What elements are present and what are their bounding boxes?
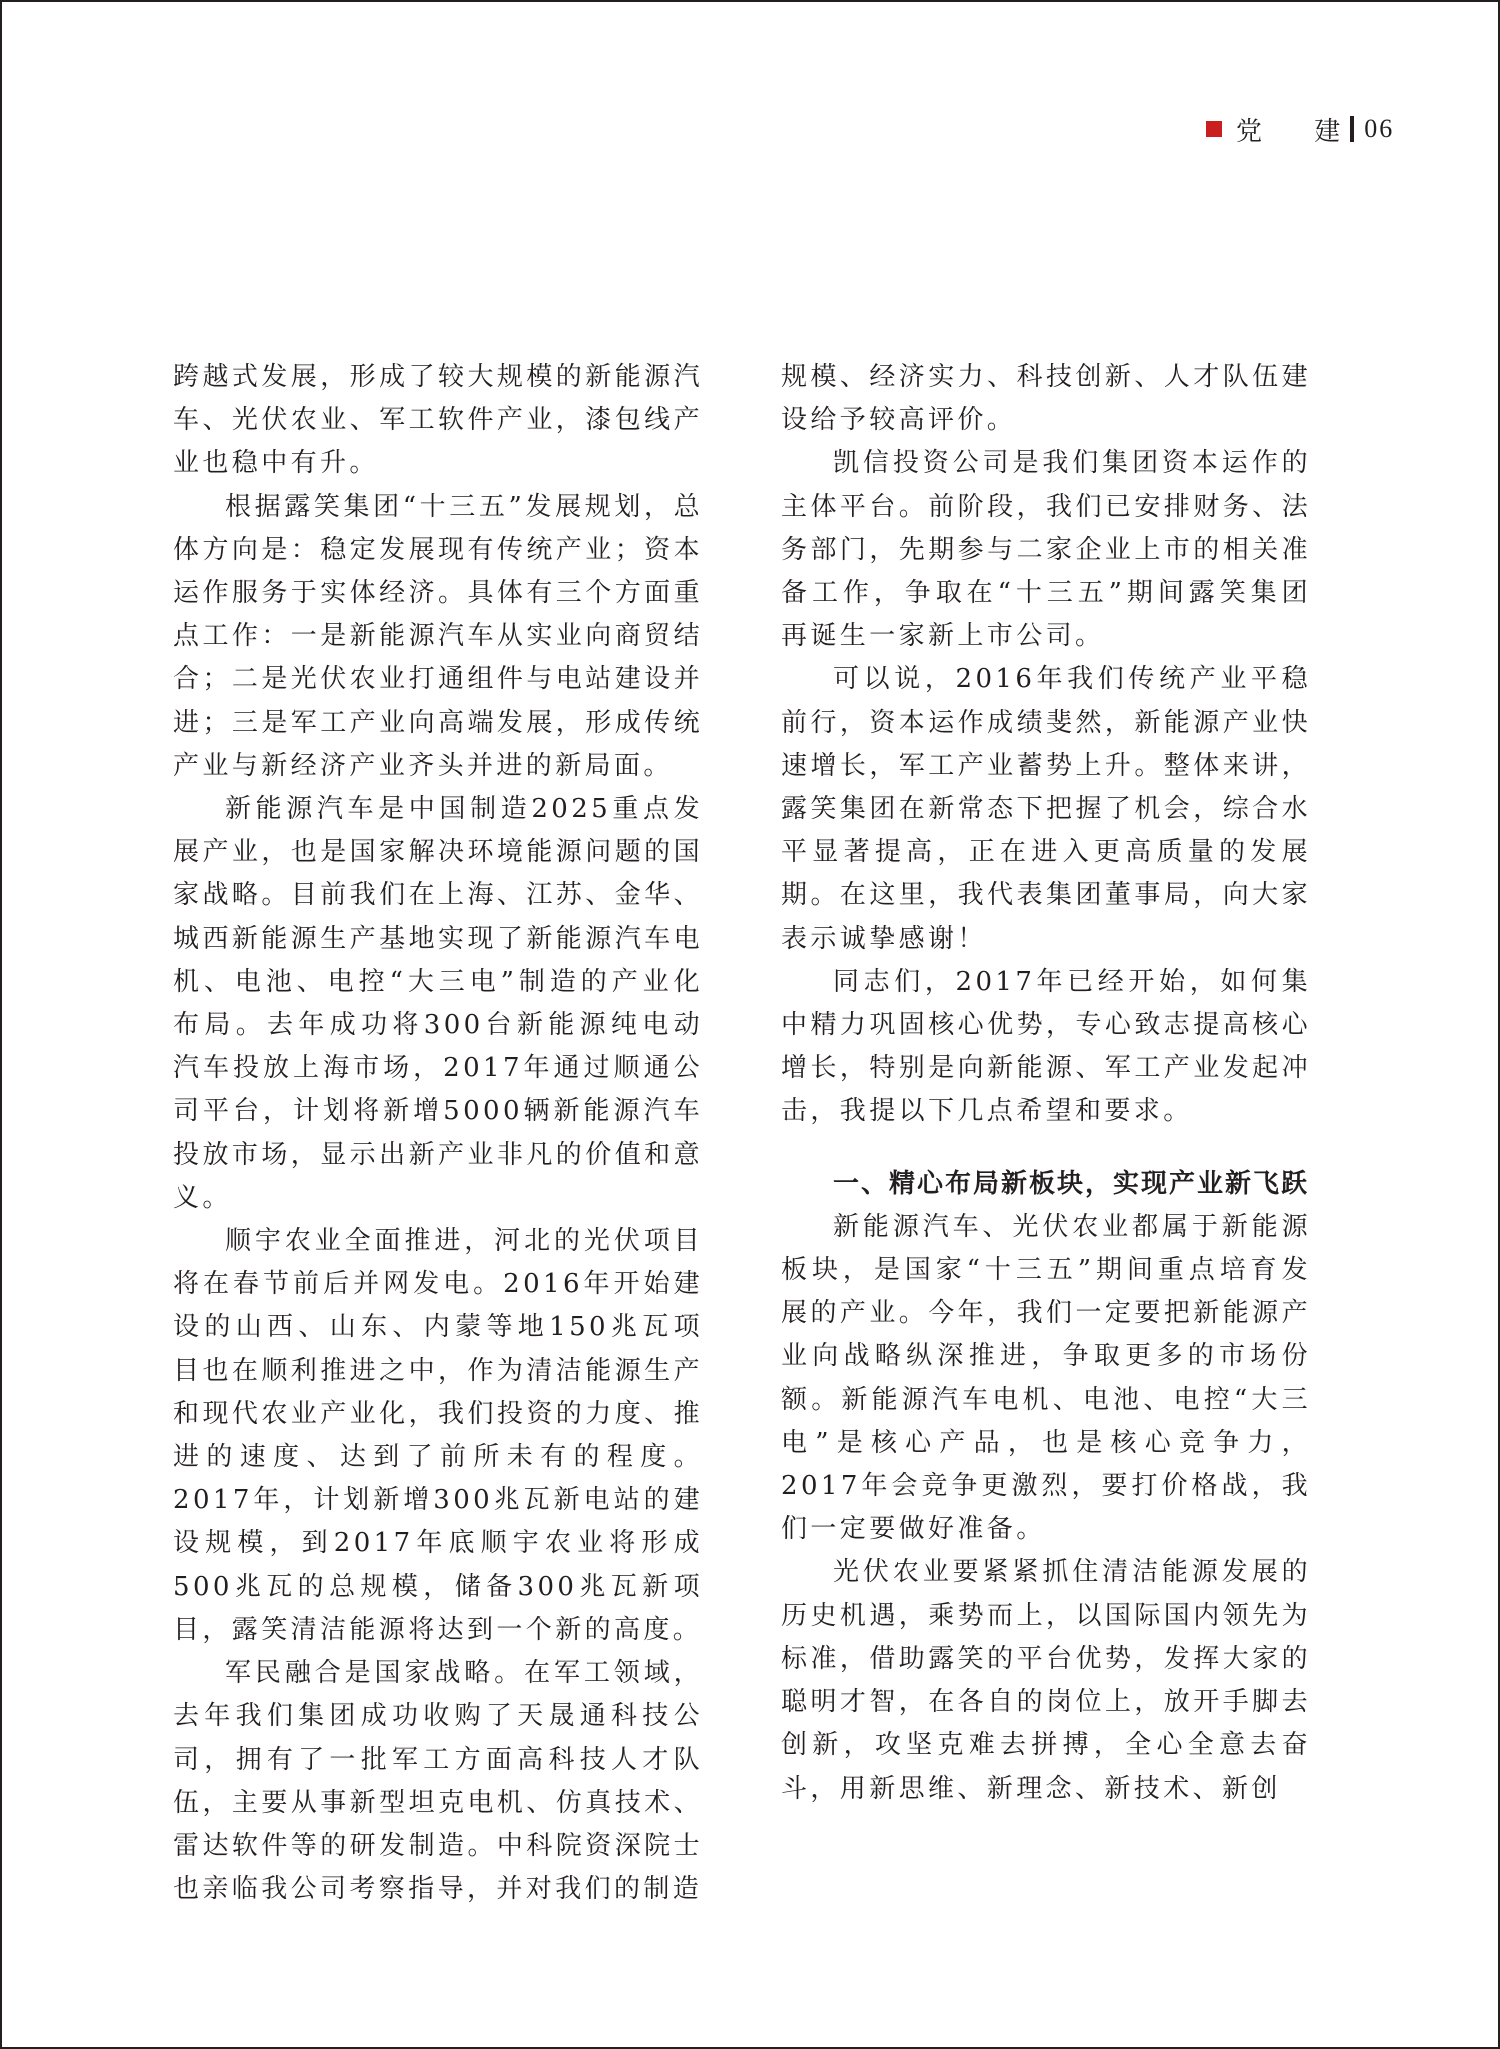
- paragraph: 军民融合是国家战略。在军工领域，去年我们集团成功收购了天晟通科技公司，拥有了一批…: [173, 1652, 703, 1911]
- left-column: 跨越式发展，形成了较大规模的新能源汽车、光伏农业、军工软件产业，漆包线产业也稳中…: [173, 356, 703, 1911]
- section-heading: 一、精心布局新板块，实现产业新飞跃: [781, 1163, 1311, 1206]
- paragraph: 根据露笑集团“十三五”发展规划，总体方向是：稳定发展现有传统产业；资本运作服务于…: [173, 486, 703, 788]
- paragraph: 光伏农业要紧紧抓住清洁能源发展的历史机遇，乘势而上，以国际国内领先为标准，借助露…: [781, 1551, 1311, 1810]
- paragraph: 凯信投资公司是我们集团资本运作的主体平台。前阶段，我们已安排财务、法务部门，先期…: [781, 442, 1311, 658]
- paragraph: 顺宇农业全面推进，河北的光伏项目将在春节前后并网发电。2016年开始建设的山西、…: [173, 1220, 703, 1652]
- paragraph: 新能源汽车是中国制造2025重点发展产业，也是国家解决环境能源问题的国家战略。目…: [173, 788, 703, 1220]
- page-number: 06: [1364, 114, 1394, 144]
- paragraph: 可以说，2016年我们传统产业平稳前行，资本运作成绩斐然，新能源产业快速增长，军…: [781, 658, 1311, 960]
- right-column: 规模、经济实力、科技创新、人才队伍建设给予较高评价。 凯信投资公司是我们集团资本…: [781, 356, 1311, 1811]
- paragraph: 新能源汽车、光伏农业都属于新能源板块，是国家“十三五”期间重点培育发展的产业。今…: [781, 1206, 1311, 1552]
- paragraph: 跨越式发展，形成了较大规模的新能源汽车、光伏农业、军工软件产业，漆包线产业也稳中…: [173, 356, 703, 486]
- paragraph: 规模、经济实力、科技创新、人才队伍建设给予较高评价。: [781, 356, 1311, 442]
- page-header: 党 建 06: [1206, 114, 1394, 144]
- paragraph: 同志们，2017年已经开始，如何集中精力巩固核心优势，专心致志提高核心增长，特别…: [781, 961, 1311, 1134]
- red-square-icon: [1206, 121, 1222, 137]
- document-page: 党 建 06 跨越式发展，形成了较大规模的新能源汽车、光伏农业、军工软件产业，漆…: [0, 0, 1500, 2049]
- section-title: 党 建: [1236, 111, 1362, 148]
- header-divider: [1350, 116, 1354, 142]
